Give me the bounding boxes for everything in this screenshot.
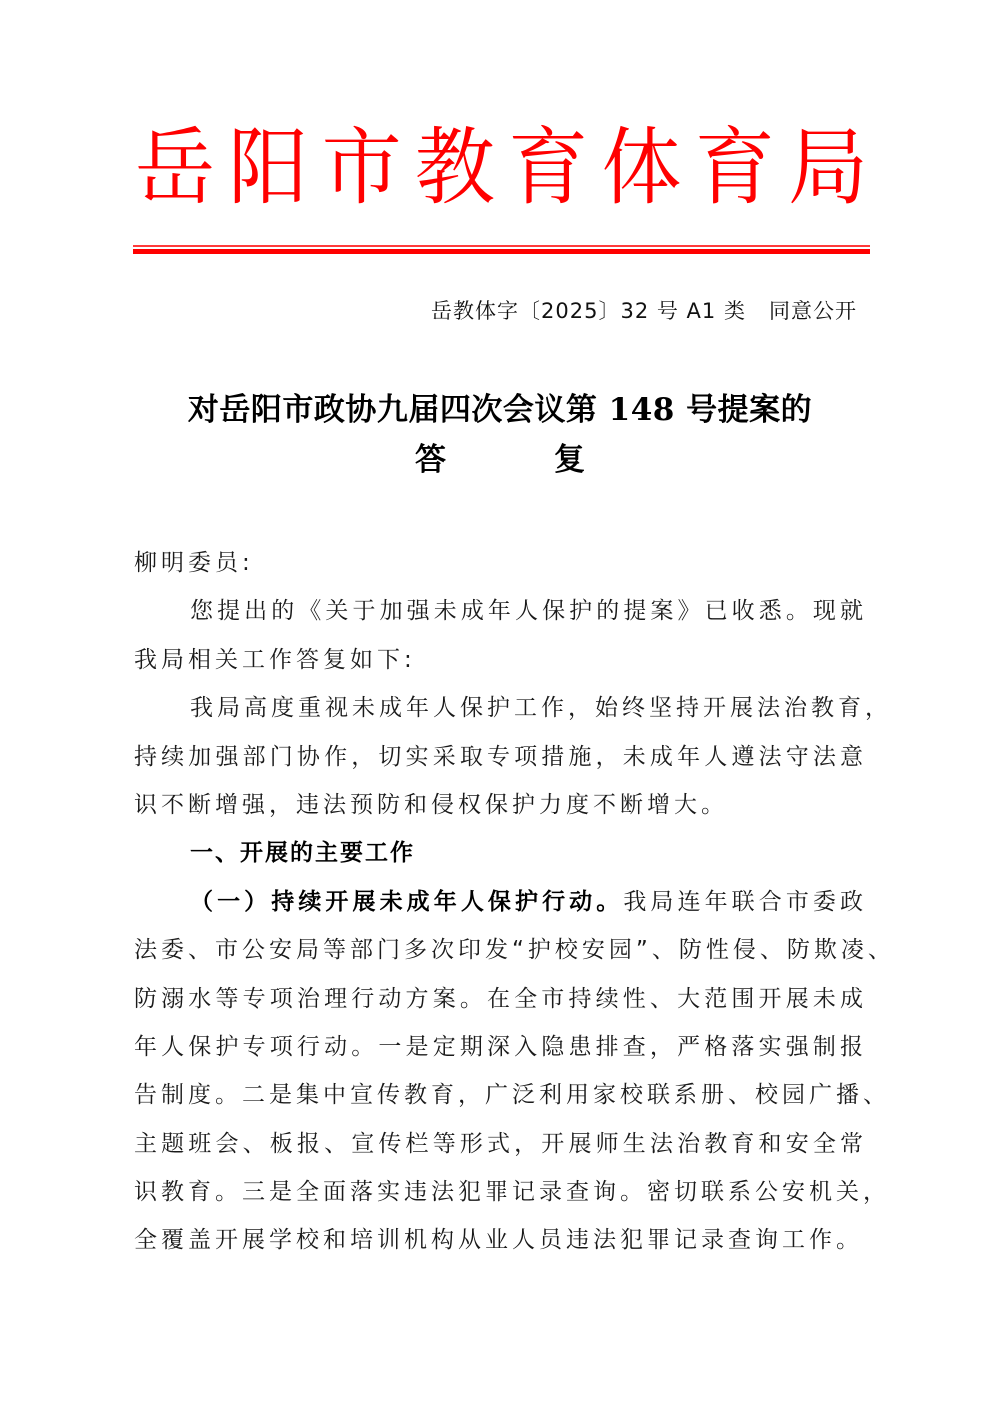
masthead-title: 岳 阳 市 教 育 体 育 局 bbox=[133, 118, 870, 218]
masthead-divider-thick bbox=[133, 249, 870, 254]
section-heading: 一、开展的主要工作 bbox=[134, 829, 867, 877]
paragraph-line: 年人保护专项行动。一是定期深入隐患排查，严格落实强制报 bbox=[134, 1023, 867, 1071]
masthead-char: 阳 bbox=[226, 116, 310, 221]
document-title-line-1: 对岳阳市政协九届四次会议第 148 号提案的 bbox=[100, 390, 900, 430]
masthead-char: 体 bbox=[599, 116, 683, 221]
masthead-char: 局 bbox=[786, 116, 870, 221]
paragraph-line: 识教育。三是全面落实违法犯罪记录查询。密切联系公安机关， bbox=[134, 1168, 867, 1216]
paragraph-line: 持续加强部门协作，切实采取专项措施，未成年人遵法守法意 bbox=[134, 733, 867, 781]
subsection-text: 我局连年联合市委政 bbox=[623, 889, 867, 915]
document-number: 岳教体字〔2025〕32 号 A1 类 同意公开 bbox=[431, 296, 857, 326]
masthead-char: 市 bbox=[320, 116, 404, 221]
document-body: 柳明委员: 您提出的《关于加强未成年人保护的提案》已收悉。现就 我局相关工作答复… bbox=[134, 539, 867, 1265]
masthead-char: 育 bbox=[506, 116, 590, 221]
document-page: 岳 阳 市 教 育 体 育 局 岳教体字〔2025〕32 号 A1 类 同意公开… bbox=[0, 0, 1000, 1414]
paragraph-line: 告制度。二是集中宣传教育，广泛利用家校联系册、校园广播、 bbox=[134, 1071, 867, 1119]
salutation: 柳明委员: bbox=[134, 539, 867, 587]
paragraph-line: 主题班会、板报、宣传栏等形式，开展师生法治教育和安全常 bbox=[134, 1120, 867, 1168]
paragraph-line: 您提出的《关于加强未成年人保护的提案》已收悉。现就 bbox=[134, 587, 867, 635]
masthead-char: 育 bbox=[693, 116, 777, 221]
paragraph-line: 防溺水等专项治理行动方案。在全市持续性、大范围开展未成 bbox=[134, 975, 867, 1023]
document-title-line-2: 答 复 bbox=[100, 440, 900, 480]
paragraph-line: 全覆盖开展学校和培训机构从业人员违法犯罪记录查询工作。 bbox=[134, 1216, 867, 1264]
masthead-divider-thin bbox=[133, 245, 870, 247]
masthead-char: 教 bbox=[413, 116, 497, 221]
paragraph-line: 识不断增强，违法预防和侵权保护力度不断增大。 bbox=[134, 781, 867, 829]
masthead-char: 岳 bbox=[133, 116, 217, 221]
subsection-first-line: （一）持续开展未成年人保护行动。我局连年联合市委政 bbox=[134, 878, 867, 926]
paragraph-line: 我局高度重视未成年人保护工作，始终坚持开展法治教育， bbox=[134, 684, 867, 732]
subsection-heading: （一）持续开展未成年人保护行动。 bbox=[190, 889, 623, 915]
paragraph-line: 我局相关工作答复如下: bbox=[134, 636, 867, 684]
paragraph-line: 法委、市公安局等部门多次印发“护校安园”、防性侵、防欺凌、 bbox=[134, 926, 867, 974]
